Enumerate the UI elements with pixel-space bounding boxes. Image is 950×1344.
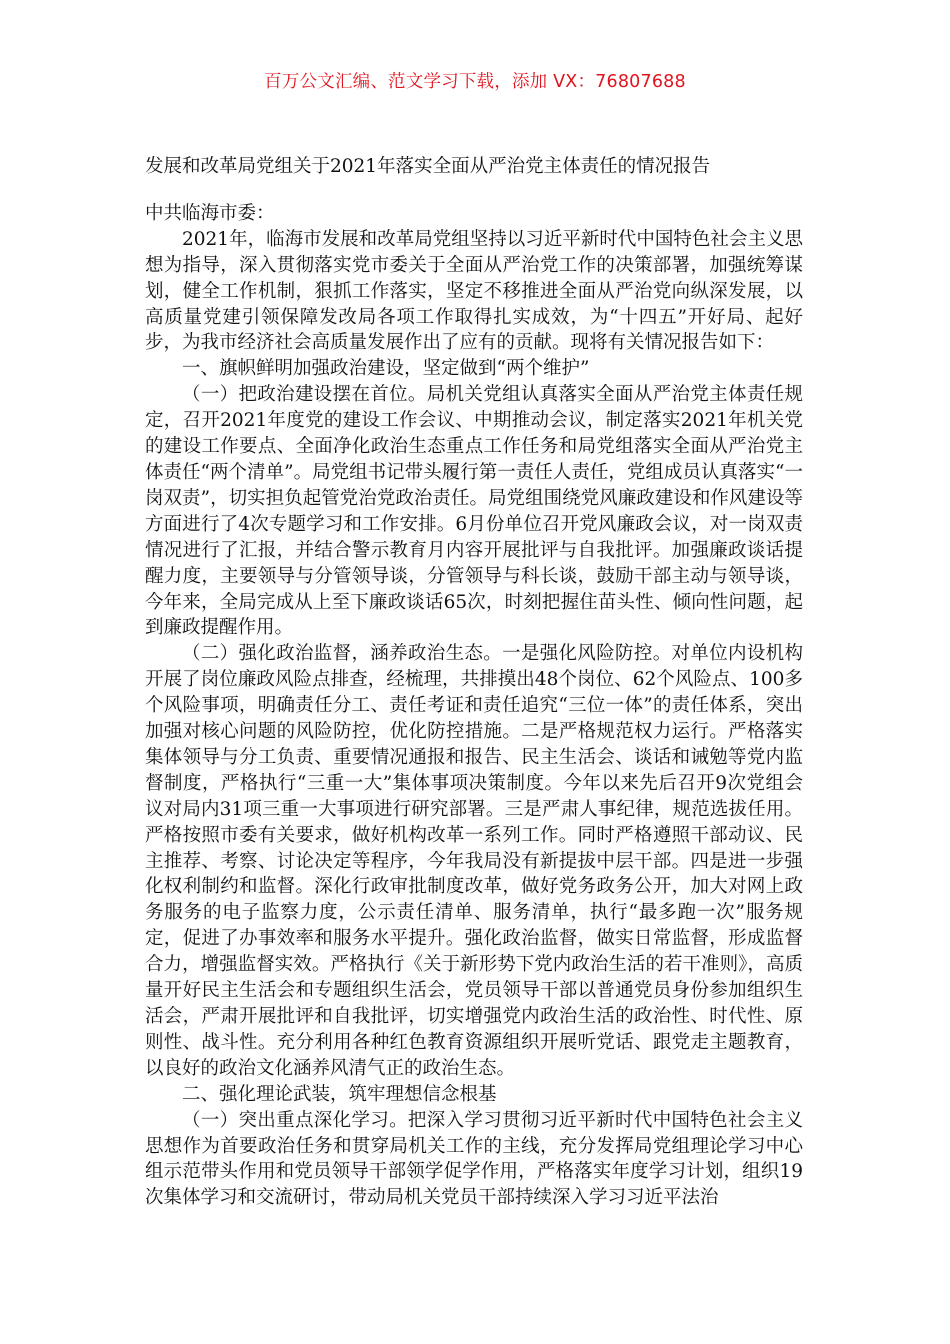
document-title: 发展和改革局党组关于2021年落实全面从严治党主体责任的情况报告 <box>145 154 803 180</box>
paragraph-1-2: （二）强化政治监督，涵养政治生态。一是强化风险防控。对单位内设机构开展了岗位廉政… <box>145 641 803 1081</box>
addressee: 中共临海市委： <box>145 201 803 227</box>
document-body: 发展和改革局党组关于2021年落实全面从严治党主体责任的情况报告 中共临海市委：… <box>145 154 803 1211</box>
section-heading-2: 二、强化理论武装，筑牢理想信念根基 <box>145 1082 803 1108</box>
paragraph-1-1: （一）把政治建设摆在首位。局机关党组认真落实全面从严治党主体责任规定，召开202… <box>145 382 803 641</box>
watermark-banner: 百万公文汇编、范文学习下载，添加 VX：76807688 <box>0 68 950 93</box>
section-heading-1: 一、旗帜鲜明加强政治建设，坚定做到“两个维护” <box>145 356 803 382</box>
paragraph-2-1: （一）突出重点深化学习。把深入学习贯彻习近平新时代中国特色社会主义思想作为首要政… <box>145 1108 803 1212</box>
paragraph-intro: 2021年，临海市发展和改革局党组坚持以习近平新时代中国特色社会主义思想为指导，… <box>145 227 803 357</box>
